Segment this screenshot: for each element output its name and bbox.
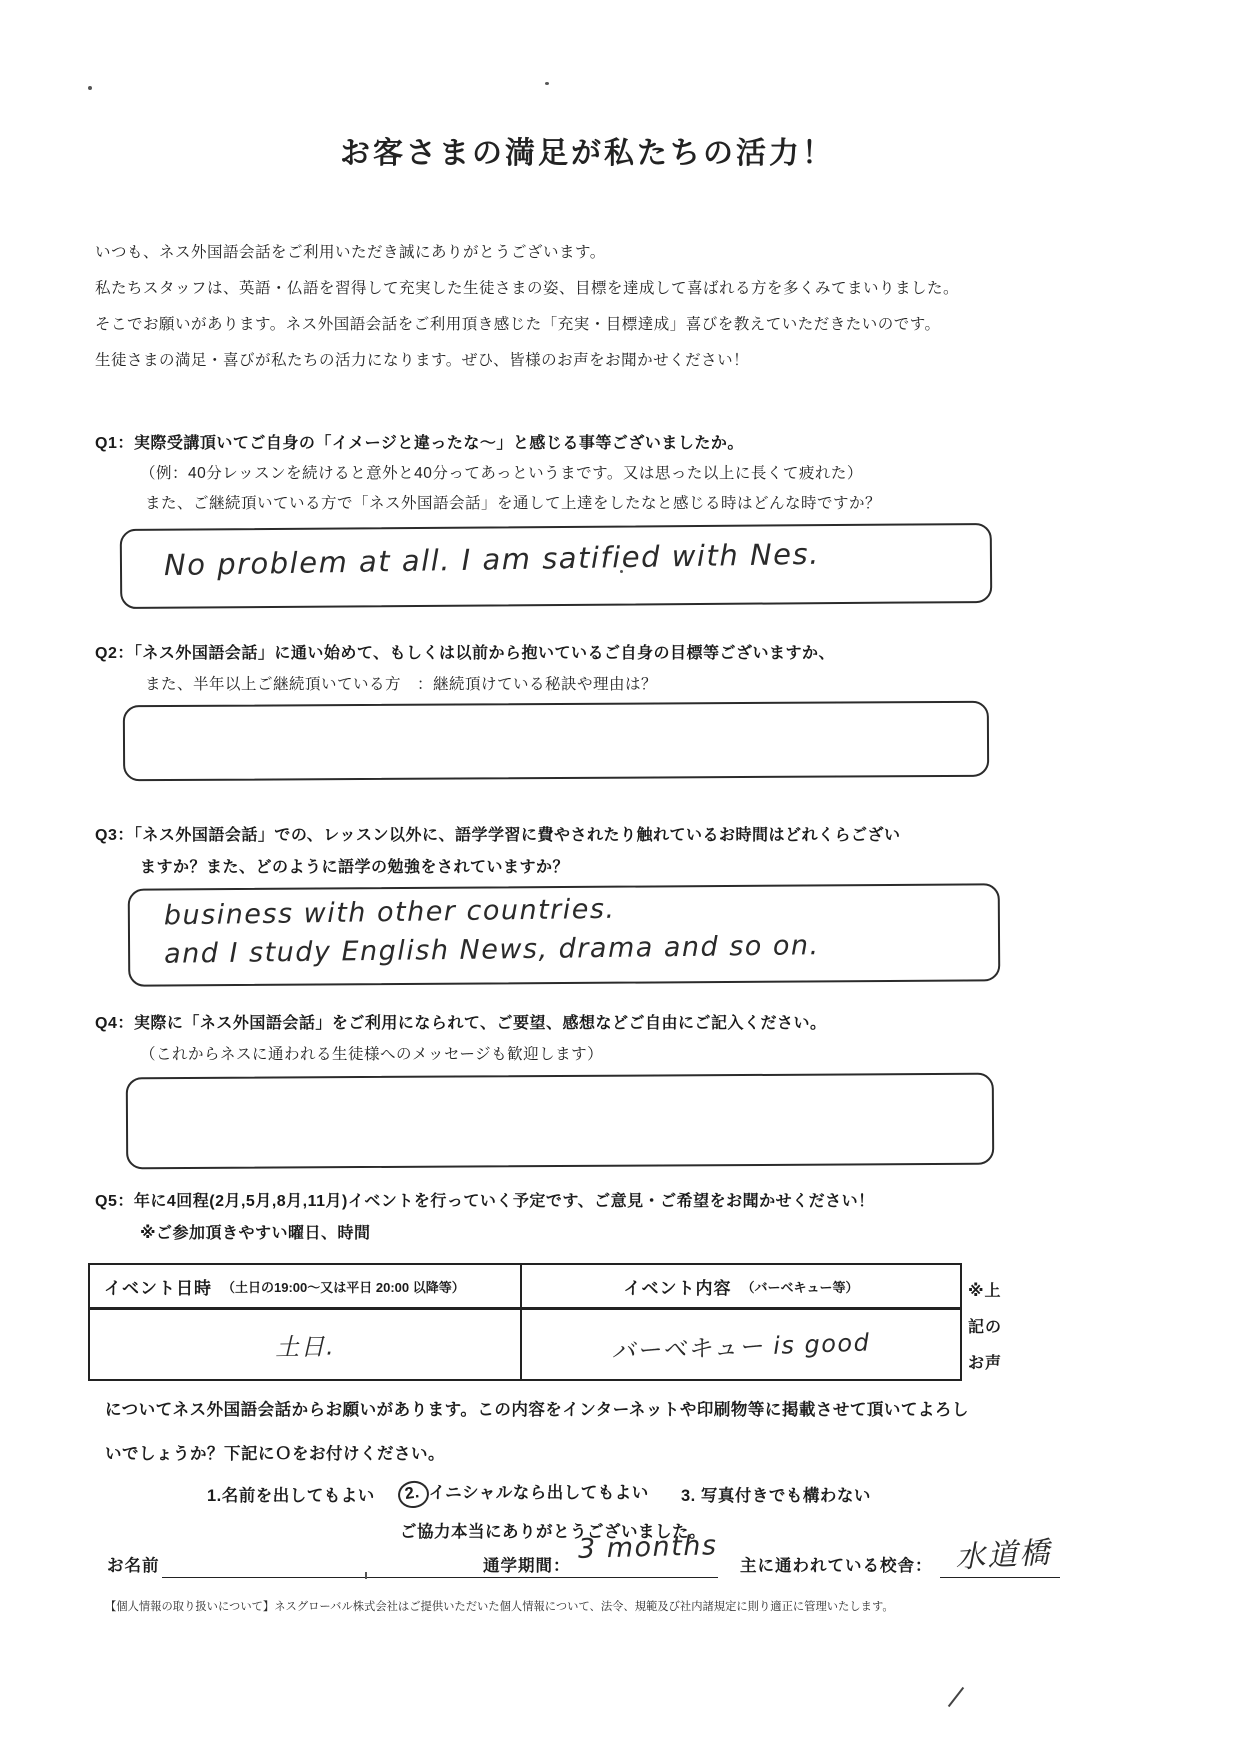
q3-question-cont: ますか？また、どのように語学の勉強をされていますか？ [140, 854, 569, 877]
publish-option-3-label: 写真付きでも構わない [701, 1487, 871, 1505]
event-datetime-header-label: イベント日時 [104, 1274, 212, 1299]
q3-answer-box: business with other countries. and I stu… [128, 883, 1001, 986]
event-content-header-note: （バーベキュー等） [741, 1277, 858, 1296]
publish-option-3: 3. 写真付きでも構わない [681, 1482, 871, 1506]
period-field-underline [483, 1576, 718, 1578]
q2-question: Q2：「ネス外国語会話」に通い始めて、もしくは以前から抱いているご自身の目標等ご… [95, 640, 835, 663]
event-content-handwritten: バーベキュー is good [611, 1322, 871, 1366]
school-field-label: 主に通われている校舎： [740, 1552, 933, 1576]
q4-answer-box [126, 1073, 994, 1170]
period-handwritten-value: 3 months [578, 1530, 718, 1565]
event-table-row-content: バーベキュー is good [522, 1310, 960, 1379]
publish-option-1-number: 1. [207, 1487, 222, 1505]
q1-answer-box: No problem at all. I am satified with Ne… [120, 523, 993, 609]
q5-question: Q5：年に4回程(2月,5月,8月,11月)イベントを行っていく予定です、ご意見… [95, 1188, 875, 1211]
publish-option-2-number-circled: 2. [396, 1479, 430, 1510]
side-note-line-1: ※上 [968, 1278, 1002, 1301]
q1-question: Q1：実際受講頂いてご自身の「イメージと違ったな～」と感じる事等ございましたか。 [95, 430, 744, 453]
publish-request-line-2: いでしょうか？下記にＯをお付けください。 [105, 1440, 445, 1464]
scan-slash-mark [948, 1687, 964, 1707]
school-handwritten-value: 水道橋 [954, 1528, 1052, 1577]
q3-handwritten-answer-line2: and I study English News, drama and so o… [164, 930, 820, 970]
intro-line-4: 生徒さまの満足・喜びが私たちの活力になります。ぜひ、皆様のお声をお聞かせください… [95, 348, 749, 370]
scan-dot [545, 82, 549, 85]
event-datetime-handwritten: 土日. [275, 1326, 336, 1362]
period-field-label: 通学期間： [483, 1552, 571, 1576]
q3-question: Q3：「ネス外国語会話」での、レッスン以外に、語学学習に費やされたり触れているお… [95, 822, 901, 845]
event-table-row-datetime: 土日. [90, 1310, 522, 1379]
event-table-header-datetime: イベント日時 （土日の19:00～又は平日 20:00 以降等） [90, 1265, 522, 1310]
event-table: イベント日時 （土日の19:00～又は平日 20:00 以降等） イベント内容 … [88, 1263, 962, 1381]
q3-handwritten-answer-line1: business with other countries. [164, 894, 616, 932]
scan-tick [365, 1572, 367, 1579]
side-note-line-3: お声 [968, 1350, 1002, 1373]
event-datetime-header-note: （土日の19:00～又は平日 20:00 以降等） [222, 1277, 465, 1296]
q4-note: （これからネスに通われる生徒様へのメッセージも歓迎します） [140, 1042, 603, 1064]
scanned-survey-form: お客さまの満足が私たちの活力！ いつも、ネス外国語会話をご利用いただき誠にありが… [0, 0, 1241, 1754]
publish-option-1: 1.名前を出してもよい [207, 1482, 375, 1506]
scan-dot [88, 86, 92, 90]
publish-option-2: 2.イニシャルなら出してもよい [398, 1479, 649, 1508]
publish-option-1-label: 名前を出してもよい [222, 1487, 375, 1505]
publish-option-2-label: イニシャルなら出してもよい [429, 1484, 649, 1502]
event-table-header-content: イベント内容 （バーベキュー等） [522, 1265, 960, 1310]
event-content-header-label: イベント内容 [623, 1274, 731, 1299]
publish-option-3-number: 3. [681, 1487, 696, 1505]
q2-answer-box [123, 701, 989, 782]
q1-followup: また、ご継続頂いている方で「ネス外国語会話」を通して上達をしたなと感じる時はどん… [145, 491, 881, 513]
school-field-underline [940, 1576, 1060, 1578]
page-title: お客さまの満足が私たちの活力！ [340, 128, 835, 172]
publish-request-line-1: についてネス外国語会話からお願いがあります。この内容をインターネットや印刷物等に… [105, 1396, 969, 1420]
intro-line-3: そこでお願いがあります。ネス外国語会話をご利用頂き感じた「充実・目標達成」喜びを… [95, 312, 941, 334]
q4-question: Q4：実際に「ネス外国語会話」をご利用になられて、ご要望、感想などご自由にご記入… [95, 1010, 827, 1033]
q1-example: （例：40分レッスンを続けると意外と40分ってあっというまです。又は思った以上に… [140, 461, 863, 483]
q5-note: ※ご参加頂きやすい曜日、時間 [140, 1220, 371, 1243]
name-field-label: お名前 [107, 1552, 160, 1576]
q1-handwritten-answer: No problem at all. I am satified with Ne… [164, 537, 820, 582]
side-note-line-2: 記の [968, 1314, 1002, 1337]
privacy-fine-print: 【個人情報の取り扱いについて】ネスグローバル株式会社はご提供いただいた個人情報に… [105, 1598, 894, 1614]
intro-line-1: いつも、ネス外国語会話をご利用いただき誠にありがとうございます。 [95, 240, 606, 262]
intro-line-2: 私たちスタッフは、英語・仏語を習得して充実した生徒さまの姿、目標を達成して喜ばれ… [95, 276, 959, 298]
q2-followup: また、半年以上ご継続頂いている方 ：継続頂けている秘訣や理由は？ [145, 672, 657, 694]
